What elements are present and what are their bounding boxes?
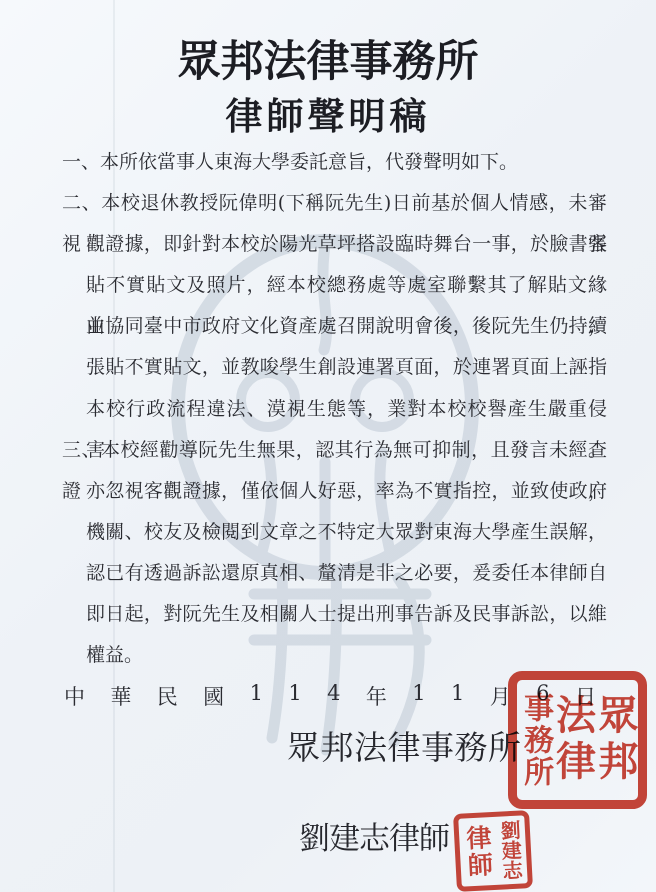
date-character: 華 [110,681,131,711]
statement-line: 張貼不實貼文，並教唆學生創設連署頁面，於連署頁面上誣指 [0,347,607,388]
lawyer-seal-column-left: 律師 [464,819,492,884]
signature-lawyer-name: 劉建志律師 [299,813,449,858]
statement-body: 一、本所依當事人東海大學委託意旨，代發聲明如下。 二、本校退休教授阮偉明(下稱阮… [0,142,656,676]
date-character: 國 [203,681,224,711]
statement-line: 認已有透過訴訟還原真相、釐清是非之必要，爰委任本律師自 [0,553,607,594]
signature-firm-name: 眾邦法律事務所 [287,722,522,769]
lawyer-seal-column-right: 劉建志 [499,818,522,883]
statement-line: 機關、校友及檢閱到文章之不特定大眾對東海大學產生誤解， [0,512,607,553]
document-subtitle: 律師聲明稿 [0,86,656,140]
statement-line: 貼不實貼文及照片，經本校總務處等處室聯繫其了解貼文緣由， [0,265,607,306]
statement-line: 本校行政流程違法、漠視生態等，業對本校校譽產生嚴重侵害。 [0,389,607,430]
date-character: 1 [412,681,425,711]
date-character: 1 [250,681,263,711]
statement-line: 觀證據，即針對本校於陽光草坪搭設臨時舞台一事，於臉書張 [0,224,607,265]
firm-seal-column-right: 眾邦 [595,684,635,796]
date-character: 4 [327,681,340,711]
statement-line: 即日起，對阮先生及相關人士提出刑事告訴及民事訴訟，以維 [0,594,607,635]
date-character: 1 [288,681,301,711]
statement-line: 一、本所依當事人東海大學委託意旨，代發聲明如下。 [0,142,656,183]
statement-line: 二、本校退休教授阮偉明(下稱阮先生)日前基於個人情感，未審視客 [0,183,607,224]
document-title: 眾邦法律事務所 [0,28,656,89]
date-character: 民 [157,681,178,711]
scanned-legal-statement: 眾邦法律事務所 律師聲明稿 一、本所依當事人東海大學委託意旨，代發聲明如下。 二… [0,0,656,892]
statement-line: 並協同臺中市政府文化資產處召開說明會後，後阮先生仍持續 [0,306,607,347]
firm-seal-column-middle: 法律 [552,684,592,796]
date-character: 年 [366,681,387,711]
lawyer-seal-stamp: 劉建志 律師 [453,810,533,892]
date-character: 中 [64,681,85,711]
date-character: 1 [451,681,464,711]
firm-seal-stamp: 眾邦 法律 事務所 [508,671,647,809]
firm-seal-column-left: 事務所 [520,684,550,796]
statement-line: 亦忽視客觀證據，僅依個人好惡，率為不實指控，並致使政府 [0,471,607,512]
statement-line: 三、本校經勸導阮先生無果，認其行為無可抑制，且發言未經查證， [0,430,607,471]
